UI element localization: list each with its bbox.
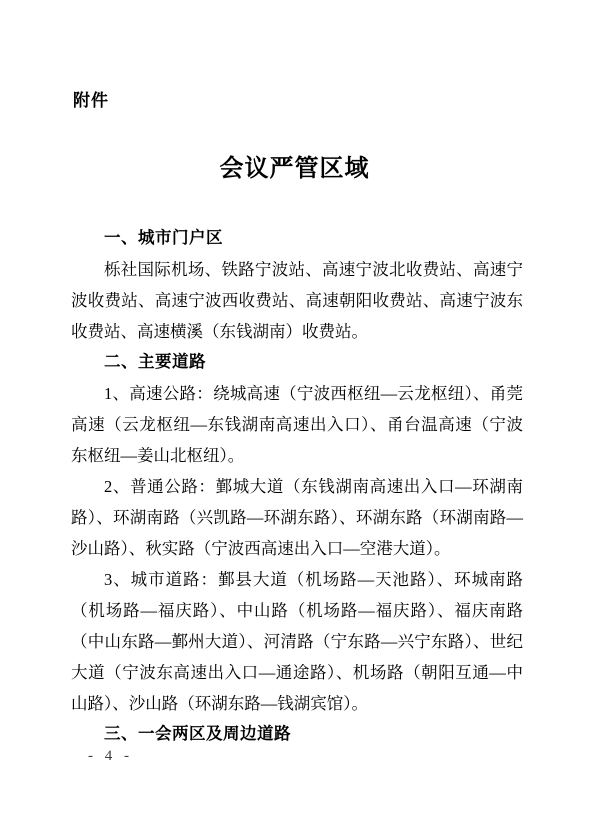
page-number: - 4 - xyxy=(88,748,133,765)
section-heading-city-gateway: 一、城市门户区 xyxy=(71,223,523,254)
paragraph-ordinary-roads: 2、普通公路：鄞城大道（东钱湖南高速出入口—环湖南路）、环湖南路（兴凯路—环湖东… xyxy=(71,471,523,564)
page-title: 会议严管区域 xyxy=(0,148,589,183)
document-page: 附件 会议严管区域 一、城市门户区 栎社国际机场、铁路宁波站、高速宁波北收费站、… xyxy=(0,0,589,835)
paragraph-city-roads: 3、城市道路：鄞县大道（机场路—天池路）、环城南路（机场路—福庆路）、中山路（机… xyxy=(71,564,523,719)
paragraph-gateway-list: 栎社国际机场、铁路宁波站、高速宁波北收费站、高速宁波收费站、高速宁波西收费站、高… xyxy=(71,254,523,347)
section-heading-venue-areas: 三、一会两区及周边道路 xyxy=(71,719,523,750)
attachment-label: 附件 xyxy=(73,86,109,111)
section-heading-main-roads: 二、主要道路 xyxy=(71,347,523,378)
paragraph-expressways: 1、高速公路：绕城高速（宁波西枢纽—云龙枢纽）、甬莞高速（云龙枢纽—东钱湖南高速… xyxy=(71,378,523,471)
document-body: 一、城市门户区 栎社国际机场、铁路宁波站、高速宁波北收费站、高速宁波收费站、高速… xyxy=(71,223,523,750)
